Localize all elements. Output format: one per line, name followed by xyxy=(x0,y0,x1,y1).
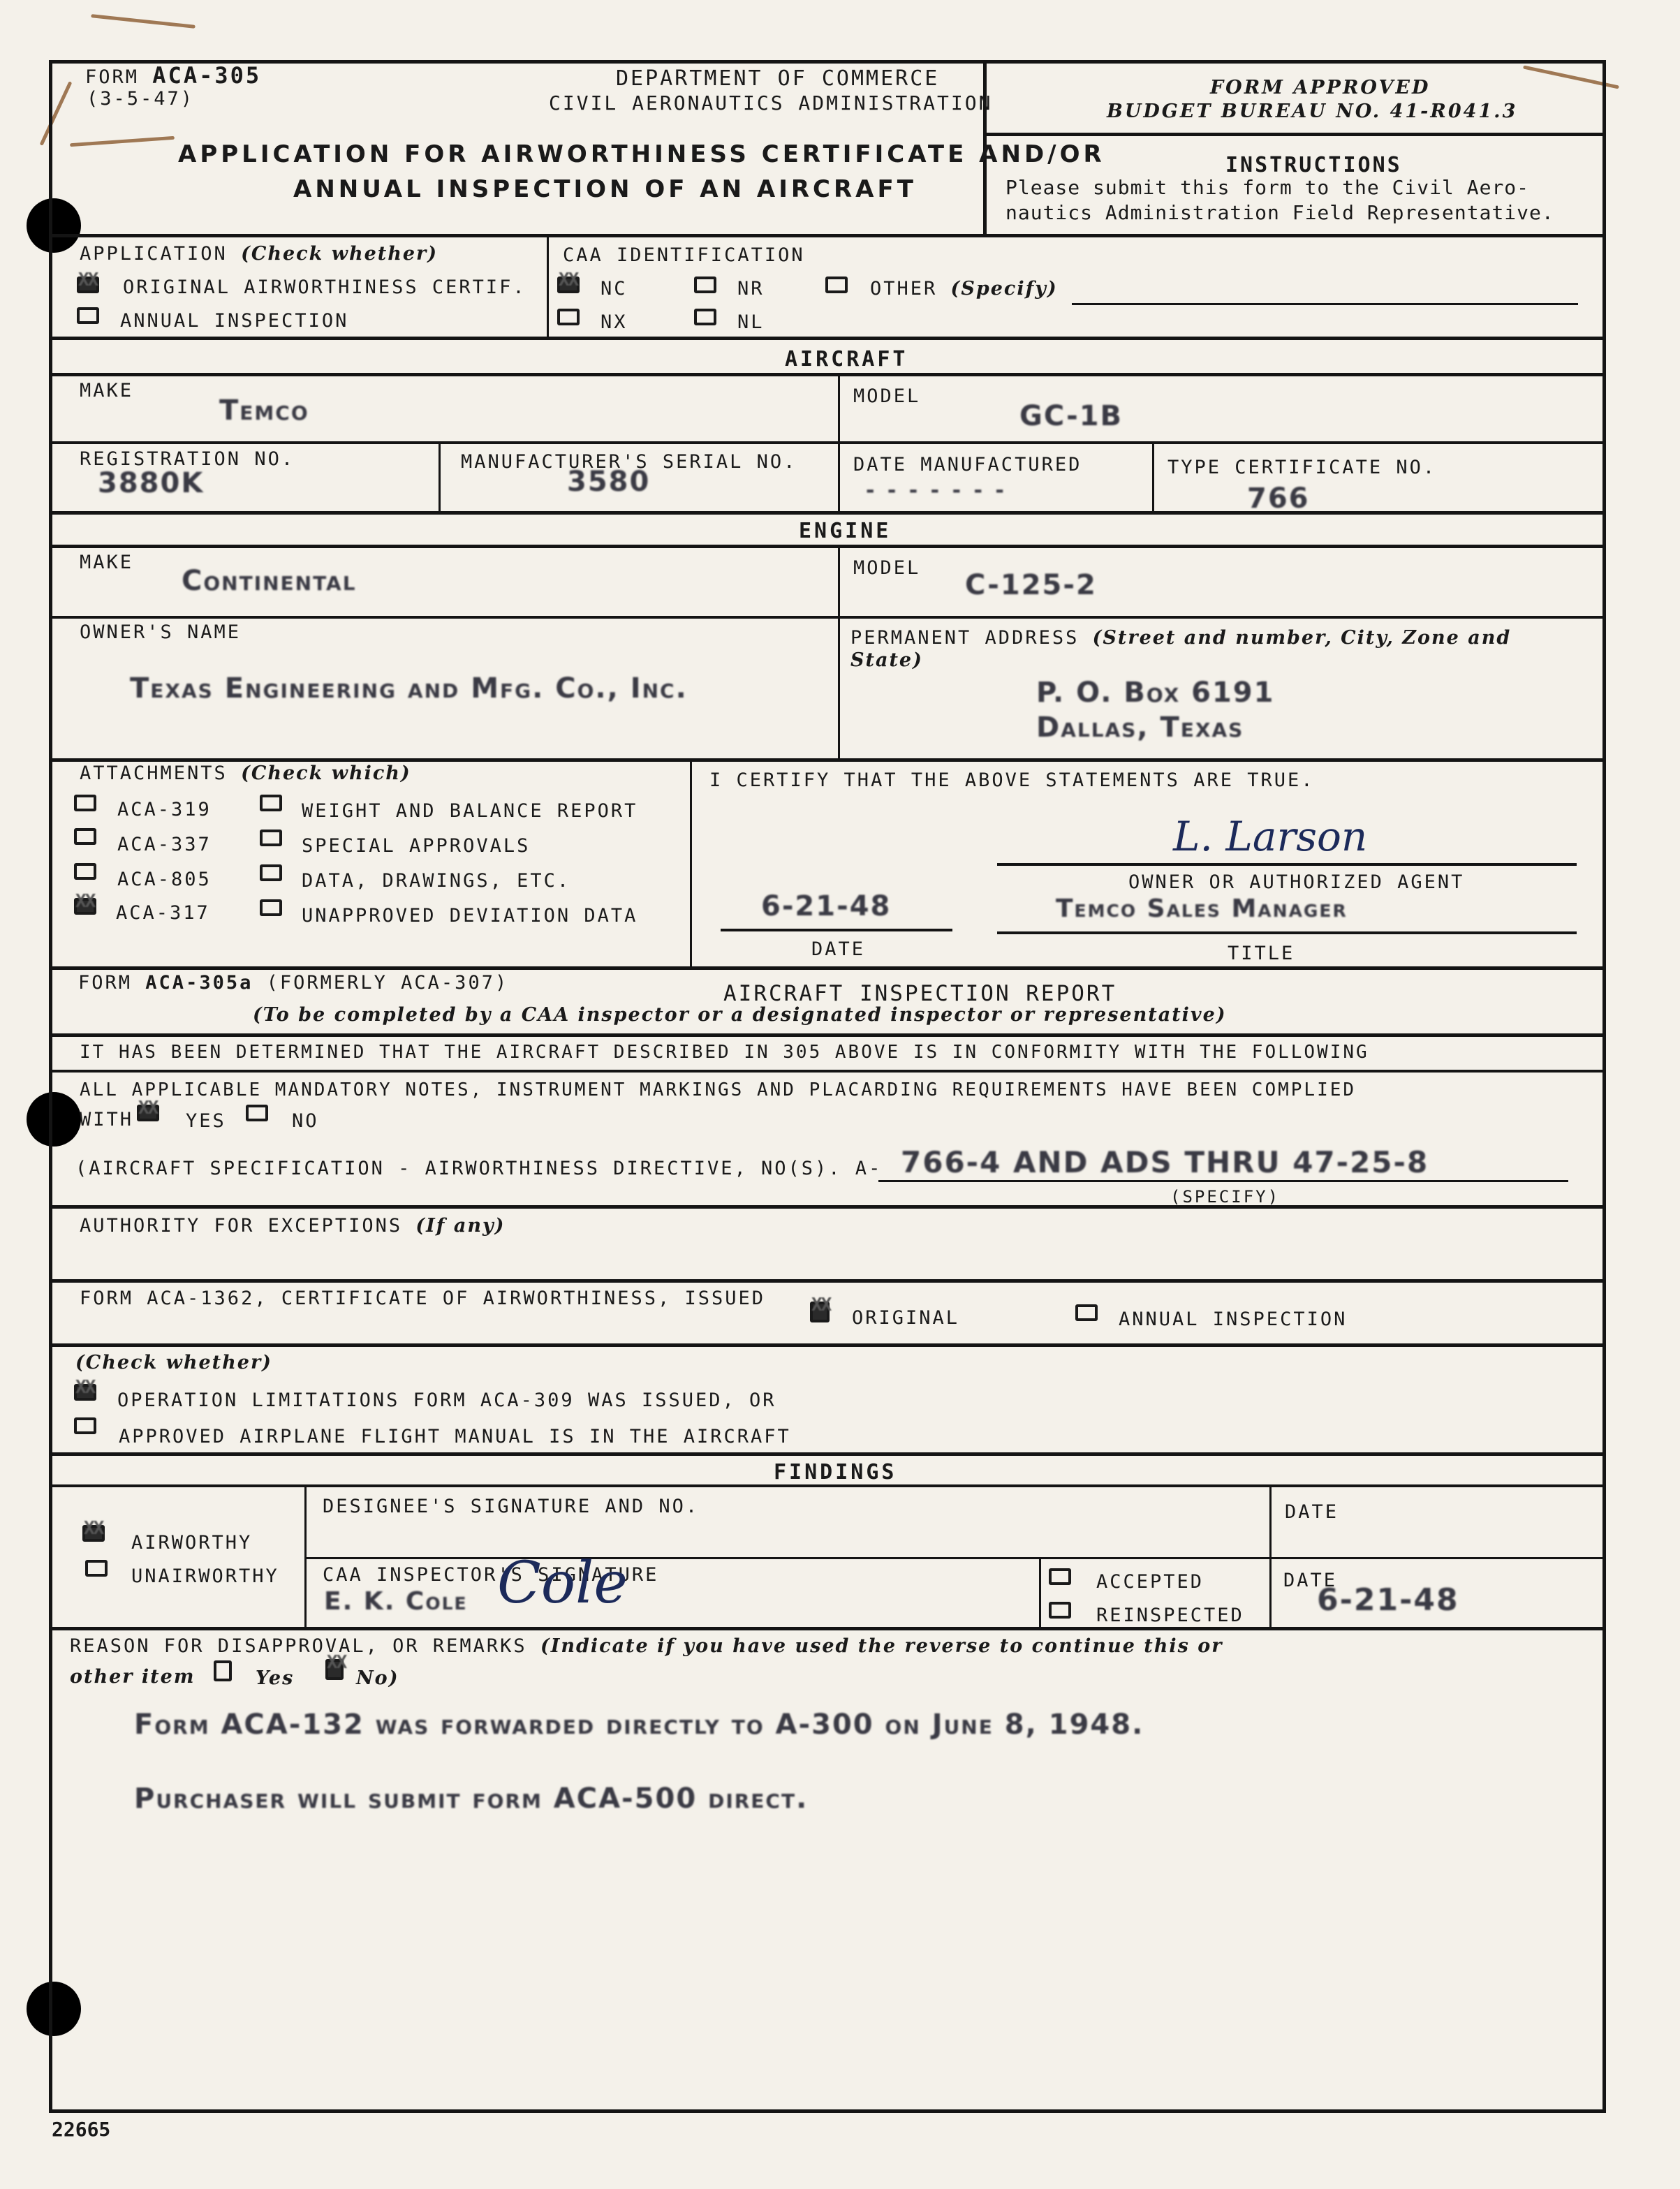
mandatory-yes-checkbox[interactable] xyxy=(137,1105,159,1121)
application-original-checkbox[interactable] xyxy=(77,277,99,293)
certify-statement: I CERTIFY THAT THE ABOVE STATEMENTS ARE … xyxy=(709,771,1315,790)
remarks-no-checkbox[interactable] xyxy=(325,1659,344,1680)
airworthy-label: AIRWORTHY xyxy=(131,1533,252,1552)
remarks-no-label: No) xyxy=(356,1669,399,1688)
divider xyxy=(1152,443,1154,514)
unairworthy-checkbox[interactable] xyxy=(85,1560,108,1577)
title-line xyxy=(997,931,1577,934)
divider xyxy=(838,375,840,515)
divider xyxy=(49,1070,1606,1073)
remarks-yes-checkbox[interactable] xyxy=(214,1660,232,1681)
divider xyxy=(49,1033,1606,1037)
aircraft-model-value[interactable]: GC-1B xyxy=(1019,402,1123,430)
inspection-report-title: AIRCRAFT INSPECTION REPORT xyxy=(723,983,1117,1005)
form-number-value: ACA-305 xyxy=(152,62,261,89)
accepted-label: ACCEPTED xyxy=(1096,1572,1204,1591)
aircraft-make-value[interactable]: Temco xyxy=(219,397,309,425)
aircraft-make-label: MAKE xyxy=(80,381,133,400)
attachment-aca-805-label: ACA-805 xyxy=(117,870,212,889)
divider xyxy=(49,1452,1606,1456)
certificate-original-label: ORIGINAL xyxy=(852,1309,959,1327)
certificate-annual-checkbox[interactable] xyxy=(1075,1304,1098,1321)
owner-signature[interactable]: L. Larson xyxy=(1173,813,1367,860)
mandatory-yes-label: YES xyxy=(186,1112,226,1130)
divider xyxy=(49,511,1606,515)
address-line2-value[interactable]: Dallas, Texas xyxy=(1036,714,1244,742)
reinspected-checkbox[interactable] xyxy=(1049,1602,1071,1619)
remarks-reverse-prompt: other item xyxy=(70,1667,195,1686)
check-whether-label: (Check whether) xyxy=(75,1353,272,1372)
inspection-form-number: FORM ACA-305a (FORMERLY ACA-307) xyxy=(78,973,508,992)
registration-label: REGISTRATION NO. xyxy=(80,450,295,469)
divider xyxy=(49,545,1606,548)
engine-section-title: ENGINE xyxy=(799,521,891,542)
caa-nc-label: NC xyxy=(600,279,628,298)
attachment-aca-319-checkbox[interactable] xyxy=(74,795,96,811)
designee-signature-label: DESIGNEE'S SIGNATURE AND NO. xyxy=(323,1497,699,1516)
application-label: APPLICATION (Check whether) xyxy=(80,244,438,263)
budget-bureau-number: BUDGET BUREAU NO. 41-R041.3 xyxy=(1107,101,1517,122)
attachment-data-drawings-label: DATA, DRAWINGS, ETC. xyxy=(302,871,570,890)
exceptions-label: AUTHORITY FOR EXCEPTIONS (If any) xyxy=(80,1216,505,1235)
attachment-data-drawings-checkbox[interactable] xyxy=(260,864,282,881)
divider xyxy=(49,616,1606,619)
divider xyxy=(49,1279,1606,1283)
spec-hint: (SPECIFY) xyxy=(1170,1188,1280,1205)
inspector-date-value[interactable]: 6-21-48 xyxy=(1317,1585,1459,1616)
caa-identification-label: CAA IDENTIFICATION xyxy=(563,246,805,265)
registration-value[interactable]: 3880K xyxy=(98,469,204,497)
remarks-line-1[interactable]: Form ACA-132 was forwarded directly to A… xyxy=(134,1711,1144,1739)
address-hint: State) xyxy=(850,651,923,670)
mandatory-with-label: WITH xyxy=(80,1110,133,1129)
certificate-original-checkbox[interactable] xyxy=(810,1302,830,1322)
attachment-aca-337-label: ACA-337 xyxy=(117,835,212,854)
attachment-unapproved-deviation-label: UNAPPROVED DEVIATION DATA xyxy=(302,906,638,925)
findings-section-title: FINDINGS xyxy=(774,1462,897,1483)
unairworthy-label: UNAIRWORTHY xyxy=(131,1567,279,1586)
attachment-aca-805-checkbox[interactable] xyxy=(74,863,96,880)
divider xyxy=(439,443,441,514)
date-manufactured-label: DATE MANUFACTURED xyxy=(853,455,1082,474)
owner-name-value[interactable]: Texas Engineering and Mfg. Co., Inc. xyxy=(130,675,688,702)
mandatory-notes-statement: ALL APPLICABLE MANDATORY NOTES, INSTRUME… xyxy=(80,1081,1356,1099)
form-number: FORM ACA-305 xyxy=(85,64,261,87)
operation-limitations-label: OPERATION LIMITATIONS FORM ACA-309 WAS I… xyxy=(117,1391,776,1410)
inspector-typed-name[interactable]: E. K. Cole xyxy=(324,1589,468,1614)
spec-value[interactable]: 766-4 AND ADS THRU 47-25-8 xyxy=(901,1148,1429,1177)
caa-nx-checkbox[interactable] xyxy=(557,309,580,325)
divider xyxy=(1039,1558,1041,1630)
inspection-report-subtitle: (To be completed by a CAA inspector or a… xyxy=(253,1005,1227,1024)
flight-manual-checkbox[interactable] xyxy=(74,1417,96,1434)
attachment-aca-317-checkbox[interactable] xyxy=(74,898,96,915)
designee-date-label: DATE xyxy=(1285,1503,1339,1521)
attachment-weight-balance-checkbox[interactable] xyxy=(260,795,282,811)
date-label: DATE xyxy=(811,940,865,959)
type-certificate-value[interactable]: 766 xyxy=(1247,485,1310,513)
serial-value[interactable]: 3580 xyxy=(567,468,650,496)
signature-label: OWNER OR AUTHORIZED AGENT xyxy=(1128,873,1464,892)
caa-nr-label: NR xyxy=(737,279,765,298)
operation-limitations-checkbox[interactable] xyxy=(74,1384,96,1401)
reinspected-label: REINSPECTED xyxy=(1096,1606,1244,1625)
caa-nr-checkbox[interactable] xyxy=(694,277,716,293)
rust-stain xyxy=(91,14,196,29)
divider xyxy=(49,1343,1606,1347)
engine-make-label: MAKE xyxy=(80,553,133,572)
airworthy-checkbox[interactable] xyxy=(82,1525,105,1542)
type-certificate-label: TYPE CERTIFICATE NO. xyxy=(1167,458,1436,477)
attachment-special-approvals-label: SPECIAL APPROVALS xyxy=(302,836,530,855)
form-date: (3-5-47) xyxy=(87,89,194,108)
divider xyxy=(49,373,1606,376)
department: DEPARTMENT OF COMMERCE xyxy=(616,68,939,89)
aircraft-model-label: MODEL xyxy=(853,387,920,406)
owner-name-label: OWNER'S NAME xyxy=(80,623,241,642)
instructions-text: nautics Administration Field Representat… xyxy=(1005,201,1554,224)
signature-line xyxy=(997,863,1577,866)
inspector-signature[interactable]: Cole xyxy=(497,1550,628,1616)
flight-manual-label: APPROVED AIRPLANE FLIGHT MANUAL IS IN TH… xyxy=(119,1427,791,1446)
divider xyxy=(49,1205,1606,1209)
instructions-title: INSTRUCTIONS xyxy=(1225,155,1402,176)
divider xyxy=(49,441,1606,444)
attachment-aca-337-checkbox[interactable] xyxy=(74,828,96,845)
form-approved: FORM APPROVED xyxy=(1210,77,1430,98)
remarks-label: REASON FOR DISAPPROVAL, OR REMARKS (Indi… xyxy=(70,1637,1223,1656)
attachment-aca-319-label: ACA-319 xyxy=(117,800,212,819)
divider xyxy=(49,337,1606,340)
date-line xyxy=(721,929,952,931)
attachment-unapproved-deviation-checkbox[interactable] xyxy=(260,899,282,916)
page-title-line1: APPLICATION FOR AIRWORTHINESS CERTIFICAT… xyxy=(178,142,1105,166)
attachment-aca-317-label: ACA-317 xyxy=(116,904,210,922)
mandatory-no-label: NO xyxy=(292,1112,319,1130)
document-number: 22665 xyxy=(52,2120,110,2139)
divider xyxy=(49,1627,1606,1630)
agency: CIVIL AERONAUTICS ADMINISTRATION xyxy=(549,94,992,113)
certificate-annual-label: ANNUAL INSPECTION xyxy=(1119,1310,1347,1329)
application-original-label: ORIGINAL AIRWORTHINESS CERTIF. xyxy=(123,278,526,297)
caa-nx-label: NX xyxy=(600,313,628,332)
divider xyxy=(985,133,1606,136)
divider xyxy=(49,758,1606,762)
mandatory-no-checkbox[interactable] xyxy=(246,1105,268,1121)
accepted-checkbox[interactable] xyxy=(1049,1568,1071,1585)
caa-nc-checkbox[interactable] xyxy=(557,277,580,293)
divider xyxy=(838,547,840,760)
divider xyxy=(547,236,549,339)
certify-date-value[interactable]: 6-21-48 xyxy=(761,892,891,920)
caa-other-checkbox[interactable] xyxy=(825,277,848,293)
attachment-weight-balance-label: WEIGHT AND BALANCE REPORT xyxy=(302,802,638,820)
engine-model-label: MODEL xyxy=(853,559,920,577)
attachment-special-approvals-checkbox[interactable] xyxy=(260,830,282,846)
caa-other-label: OTHER (Specify) xyxy=(870,279,1058,298)
remarks-yes-label: Yes xyxy=(256,1669,294,1688)
address-label: PERMANENT ADDRESS (Street and number, Ci… xyxy=(850,628,1511,647)
aircraft-section-title: AIRCRAFT xyxy=(785,349,908,370)
page-title-line2: ANNUAL INSPECTION OF AN AIRCRAFT xyxy=(293,177,917,201)
certify-title-value[interactable]: Temco Sales Manager xyxy=(1056,897,1348,922)
address-line1-value[interactable]: P. O. Box 6191 xyxy=(1036,679,1274,707)
divider xyxy=(49,234,1606,237)
caa-nl-label: NL xyxy=(737,313,765,332)
divider xyxy=(49,1484,1606,1487)
instructions-text: Please submit this form to the Civil Aer… xyxy=(1005,176,1529,199)
caa-nl-checkbox[interactable] xyxy=(694,309,716,325)
caa-other-input[interactable] xyxy=(1072,303,1578,305)
remarks-line-2[interactable]: Purchaser will submit form ACA-500 direc… xyxy=(134,1785,808,1813)
title-label: TITLE xyxy=(1228,944,1295,963)
certificate-issued-label: FORM ACA-1362, CERTIFICATE OF AIRWORTHIN… xyxy=(80,1289,765,1308)
spec-line xyxy=(878,1180,1568,1182)
engine-make-value[interactable]: Continental xyxy=(182,567,357,595)
divider xyxy=(49,966,1606,970)
application-annual-label: ANNUAL INSPECTION xyxy=(120,311,348,330)
attachments-label: ATTACHMENTS (Check which) xyxy=(80,764,411,783)
conformity-statement: IT HAS BEEN DETERMINED THAT THE AIRCRAFT… xyxy=(80,1043,1369,1061)
application-annual-checkbox[interactable] xyxy=(77,307,99,324)
date-manufactured-value[interactable]: - - - - - - - xyxy=(866,480,1007,501)
divider xyxy=(690,760,692,969)
spec-label: (AIRCRAFT SPECIFICATION - AIRWORTHINESS … xyxy=(75,1159,882,1178)
engine-model-value[interactable]: C-125-2 xyxy=(965,571,1097,599)
